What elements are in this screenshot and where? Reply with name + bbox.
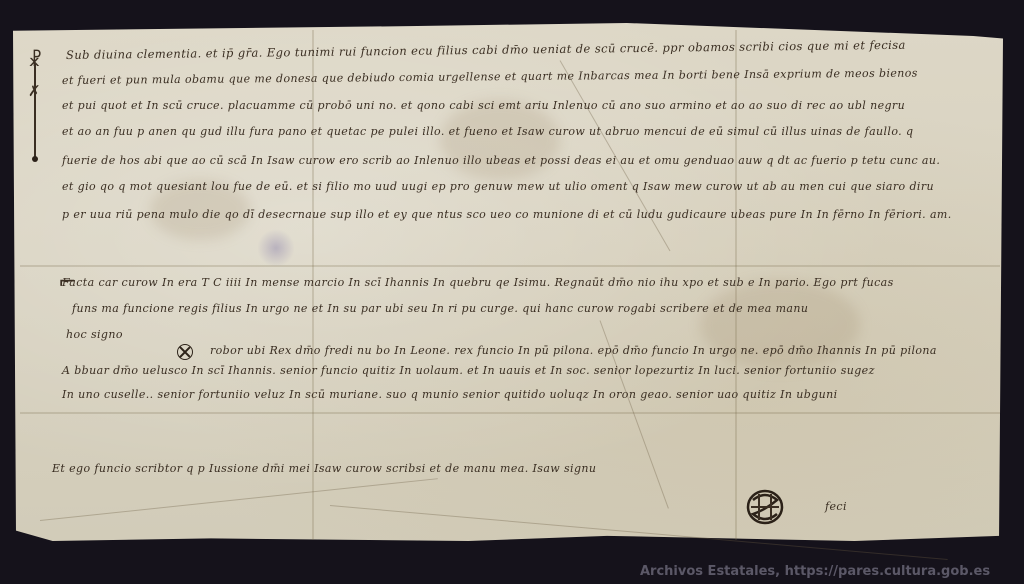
ink-blot <box>258 228 294 268</box>
text-line: et pui quot et In scū cruce. placuamme c… <box>62 99 905 112</box>
fold-line <box>20 265 1000 267</box>
text-line: et ao an fuu p anen qu gud illu fura pan… <box>62 125 913 138</box>
notary-sign-icon <box>745 488 785 526</box>
chrismon-icon: ☧ ✗ <box>28 56 42 166</box>
text-line: feci <box>825 500 847 513</box>
archive-watermark: Archivos Estatales, https://pares.cultur… <box>640 564 990 579</box>
text-line: Et ego funcio scribtor q p Iussione dm̄i… <box>52 462 596 475</box>
stain <box>440 100 560 180</box>
cross-in-circle-sign-icon <box>177 344 193 360</box>
text-line: funs ma funcione regis filius In urgo ne… <box>72 302 808 315</box>
text-line: Facta car curow In era T C iiii In mense… <box>62 276 894 289</box>
fold-line <box>20 412 1000 414</box>
text-line: In uno cuselle.. senior fortuniio veluz … <box>62 388 838 401</box>
text-line: fuerie de hos abi que ao cū scā In Isaw … <box>62 154 940 167</box>
text-line: robor ubi Rex dm̄o fredi nu bo In Leone.… <box>210 344 937 357</box>
text-line: p er uua riū pena mulo die qo dī desecrn… <box>62 208 952 221</box>
text-line: hoc signo <box>66 328 123 341</box>
text-line: et gio qo q mot quesiant lou fue de eū. … <box>62 180 934 193</box>
text-line: A bbuar dm̄o uelusco In scī Ihannis. sen… <box>62 364 875 377</box>
